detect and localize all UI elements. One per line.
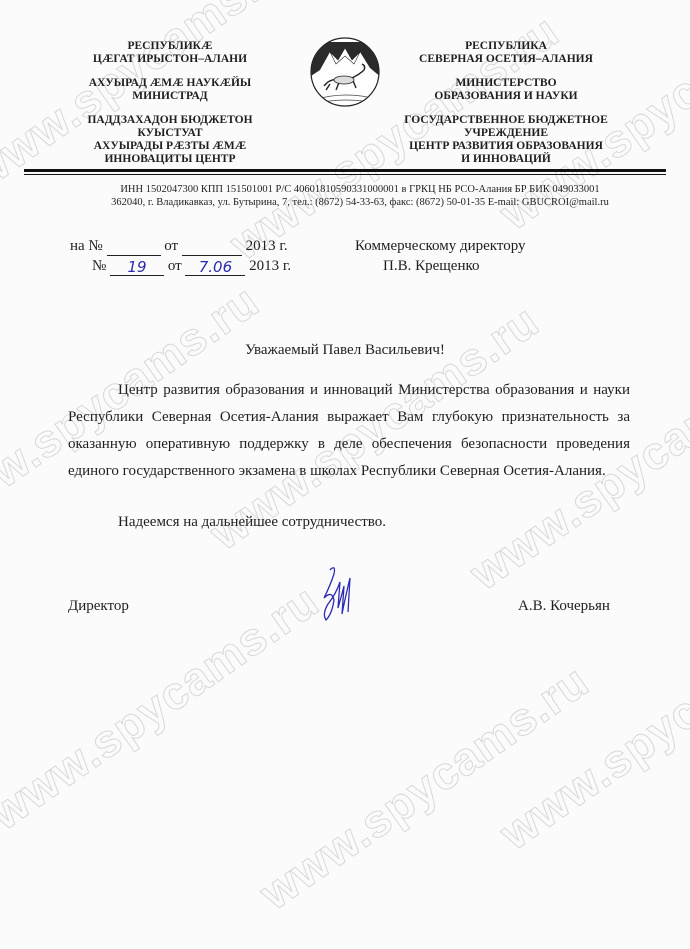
ministry-name: МИНИСТЕРСТВООБРАЗОВАНИЯ И НАУКИ <box>394 77 618 103</box>
incoming-date-field <box>182 237 242 256</box>
outgoing-date-field: 7.06 <box>185 257 245 276</box>
republic-name-ossetian: РЕСПУБЛИКÆЦÆГАТ ИРЫСТОН–АЛАНИ <box>62 40 278 66</box>
letterhead-right: РЕСПУБЛИКАСЕВЕРНАЯ ОСЕТИЯ–АЛАНИЯ МИНИСТЕ… <box>394 40 618 177</box>
header-divider-thin <box>24 174 666 175</box>
watermark: www.spycams.ru <box>250 654 599 921</box>
closing-line: Надеемся на дальнейшее сотрудничество. <box>118 514 386 531</box>
bank-details: ИНН 1502047300 КПП 151501001 Р/С 4060181… <box>110 183 610 196</box>
ministry-name-ossetian: АХУЫРАД ÆМÆ НАУКÆЙЫМИНИСТРАД <box>62 77 278 103</box>
signer-title: Директор <box>68 598 129 615</box>
signer-name: А.В. Кочерьян <box>518 598 610 615</box>
header-divider-thick <box>24 169 666 172</box>
contact-details: 362040, г. Владикавказ, ул. Бутырина, 7,… <box>110 196 610 209</box>
signature-icon <box>318 564 358 624</box>
republic-name: РЕСПУБЛИКАСЕВЕРНАЯ ОСЕТИЯ–АЛАНИЯ <box>394 40 618 66</box>
coat-of-arms-icon <box>300 30 390 110</box>
letter-body: Центр развития образования и инноваций М… <box>68 377 630 485</box>
letterhead-left: РЕСПУБЛИКÆЦÆГАТ ИРЫСТОН–АЛАНИ АХУЫРАД ÆМ… <box>62 40 278 177</box>
body-paragraph: Центр развития образования и инноваций М… <box>68 377 630 485</box>
watermark: www.spycams.ru <box>0 574 329 841</box>
reference-block: на № от 2013 г. № 19 от 7.06 2013 г. <box>70 236 291 276</box>
addressee: Коммерческому директору П.В. Крещенко <box>355 236 526 276</box>
addressee-name: П.В. Крещенко <box>355 256 526 276</box>
salutation: Уважаемый Павел Васильевич! <box>0 342 690 359</box>
reference-line-outgoing: № 19 от 7.06 2013 г. <box>70 256 291 276</box>
addressee-position: Коммерческому директору <box>355 236 526 256</box>
outgoing-number-field: 19 <box>110 257 164 276</box>
reference-line-incoming: на № от 2013 г. <box>70 236 291 256</box>
institution-name: ГОСУДАРСТВЕННОЕ БЮДЖЕТНОЕУЧРЕЖДЕНИЕЦЕНТР… <box>394 114 618 166</box>
incoming-number-field <box>107 237 161 256</box>
watermark: www.spycams.ru <box>490 594 690 861</box>
institution-name-ossetian: ПАДДЗАХАДОН БЮДЖЕТОНКУЫСТУАТАХУЫРАДЫ РÆЗ… <box>62 114 278 166</box>
requisites: ИНН 1502047300 КПП 151501001 Р/С 4060181… <box>110 183 610 209</box>
